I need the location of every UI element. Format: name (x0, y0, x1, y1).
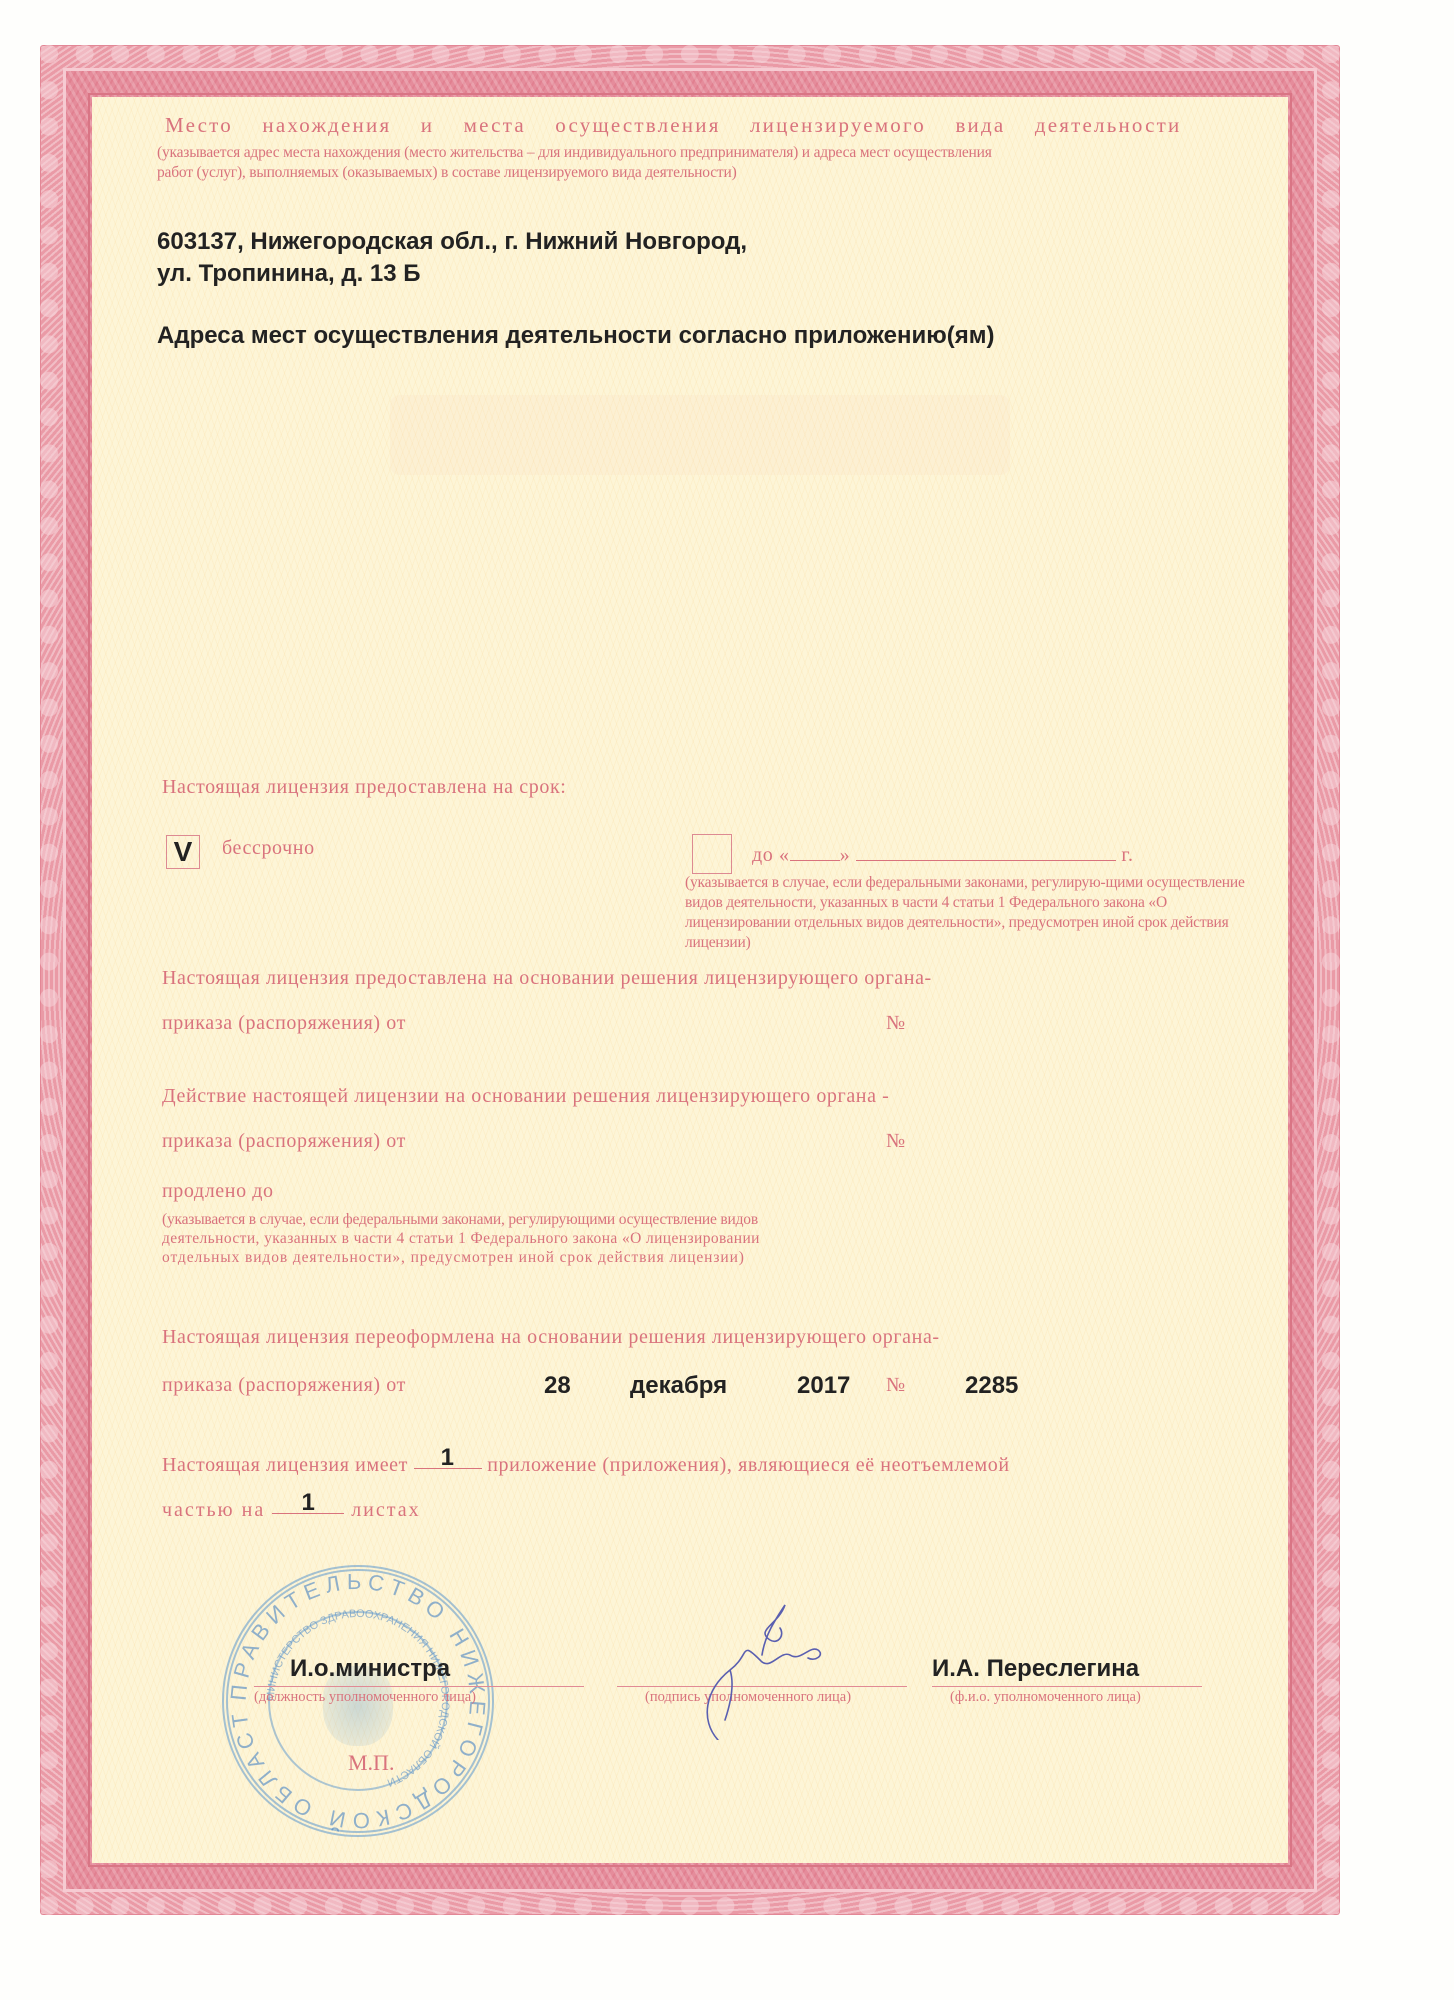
signatory-position: И.о.министра (290, 1655, 450, 1683)
header-note-line-2: работ (услуг), выполняемых (оказываемых)… (157, 164, 737, 182)
reissued-order-label: приказа (распоряжения) от (162, 1374, 406, 1397)
reissued-number: 2285 (965, 1372, 1018, 1400)
address-line-1: 603137, Нижегородская обл., г. Нижний Но… (157, 228, 747, 256)
granted-order-label: приказа (распоряжения) от (162, 1012, 406, 1035)
sheets-count: 1 (302, 1489, 315, 1516)
reissued-month: декабря (630, 1372, 727, 1400)
reverse-show-through (390, 395, 1010, 475)
reissued-number-label: № (886, 1374, 906, 1397)
until-prefix: до « (752, 844, 790, 866)
header-title: Место нахождения и места осуществления л… (165, 113, 1181, 138)
reissued-day: 28 (544, 1372, 571, 1400)
extended-line-1: Действие настоящей лицензии на основании… (162, 1085, 889, 1108)
appendices-middle: приложение (приложения), являющиеся её н… (487, 1454, 1009, 1476)
until-year-suffix: г. (1121, 844, 1133, 866)
position-line (254, 1686, 584, 1687)
until-month-year-field[interactable] (856, 842, 1116, 861)
until-quote-close: » (840, 844, 851, 866)
fixed-term-checkbox[interactable] (692, 834, 732, 874)
granted-line-1: Настоящая лицензия предоставлена на осно… (162, 967, 932, 990)
extended-until-label: продлено до (162, 1180, 274, 1203)
sheets-count-field: 1 (272, 1495, 344, 1514)
activity-addresses-note: Адреса мест осуществления деятельности с… (157, 322, 994, 350)
position-caption: (должность уполномоченного лица) (254, 1689, 476, 1706)
signatory-name: И.А. Переслегина (932, 1655, 1139, 1683)
appendices-prefix: Настоящая лицензия имеет (162, 1454, 408, 1476)
granted-number-label: № (886, 1012, 906, 1035)
address-line-2: ул. Тропинина, д. 13 Б (157, 260, 421, 288)
appendices-count-field: 1 (414, 1450, 482, 1469)
extended-note-line-2: деятельности, указанных в части 4 статьи… (162, 1229, 760, 1249)
sheets-row: частью на 1 листах (162, 1495, 421, 1522)
extended-note-line-1: (указывается в случае, если федеральными… (162, 1210, 758, 1230)
header-note-line-1: (указывается адрес места нахождения (мес… (157, 144, 992, 162)
until-day-field[interactable] (790, 842, 840, 861)
extended-note-line-3: отдельных видов деятельности», предусмот… (162, 1248, 745, 1268)
indefinite-checkbox[interactable]: V (166, 835, 200, 869)
fixed-term-note: (указывается в случае, если федеральными… (685, 873, 1245, 953)
sheets-prefix: частью на (162, 1499, 265, 1521)
name-caption: (ф.и.о. уполномоченного лица) (950, 1689, 1141, 1706)
fixed-term-row: до «» г. (752, 842, 1134, 867)
term-label: Настоящая лицензия предоставлена на срок… (162, 776, 566, 799)
name-line (932, 1686, 1202, 1687)
stamp-place-label: М.П. (348, 1750, 394, 1776)
reissued-year: 2017 (797, 1372, 850, 1400)
indefinite-label: бессрочно (222, 837, 315, 860)
extended-number-label: № (886, 1130, 906, 1153)
appendices-count: 1 (441, 1444, 455, 1471)
handwritten-signature (660, 1600, 860, 1740)
reissued-line-1: Настоящая лицензия переоформлена на осно… (162, 1326, 940, 1349)
appendices-row: Настоящая лицензия имеет 1 приложение (п… (162, 1450, 1010, 1477)
sheets-suffix: листах (351, 1499, 420, 1521)
extended-order-label: приказа (распоряжения) от (162, 1130, 406, 1153)
checkbox-mark: V (174, 836, 193, 868)
